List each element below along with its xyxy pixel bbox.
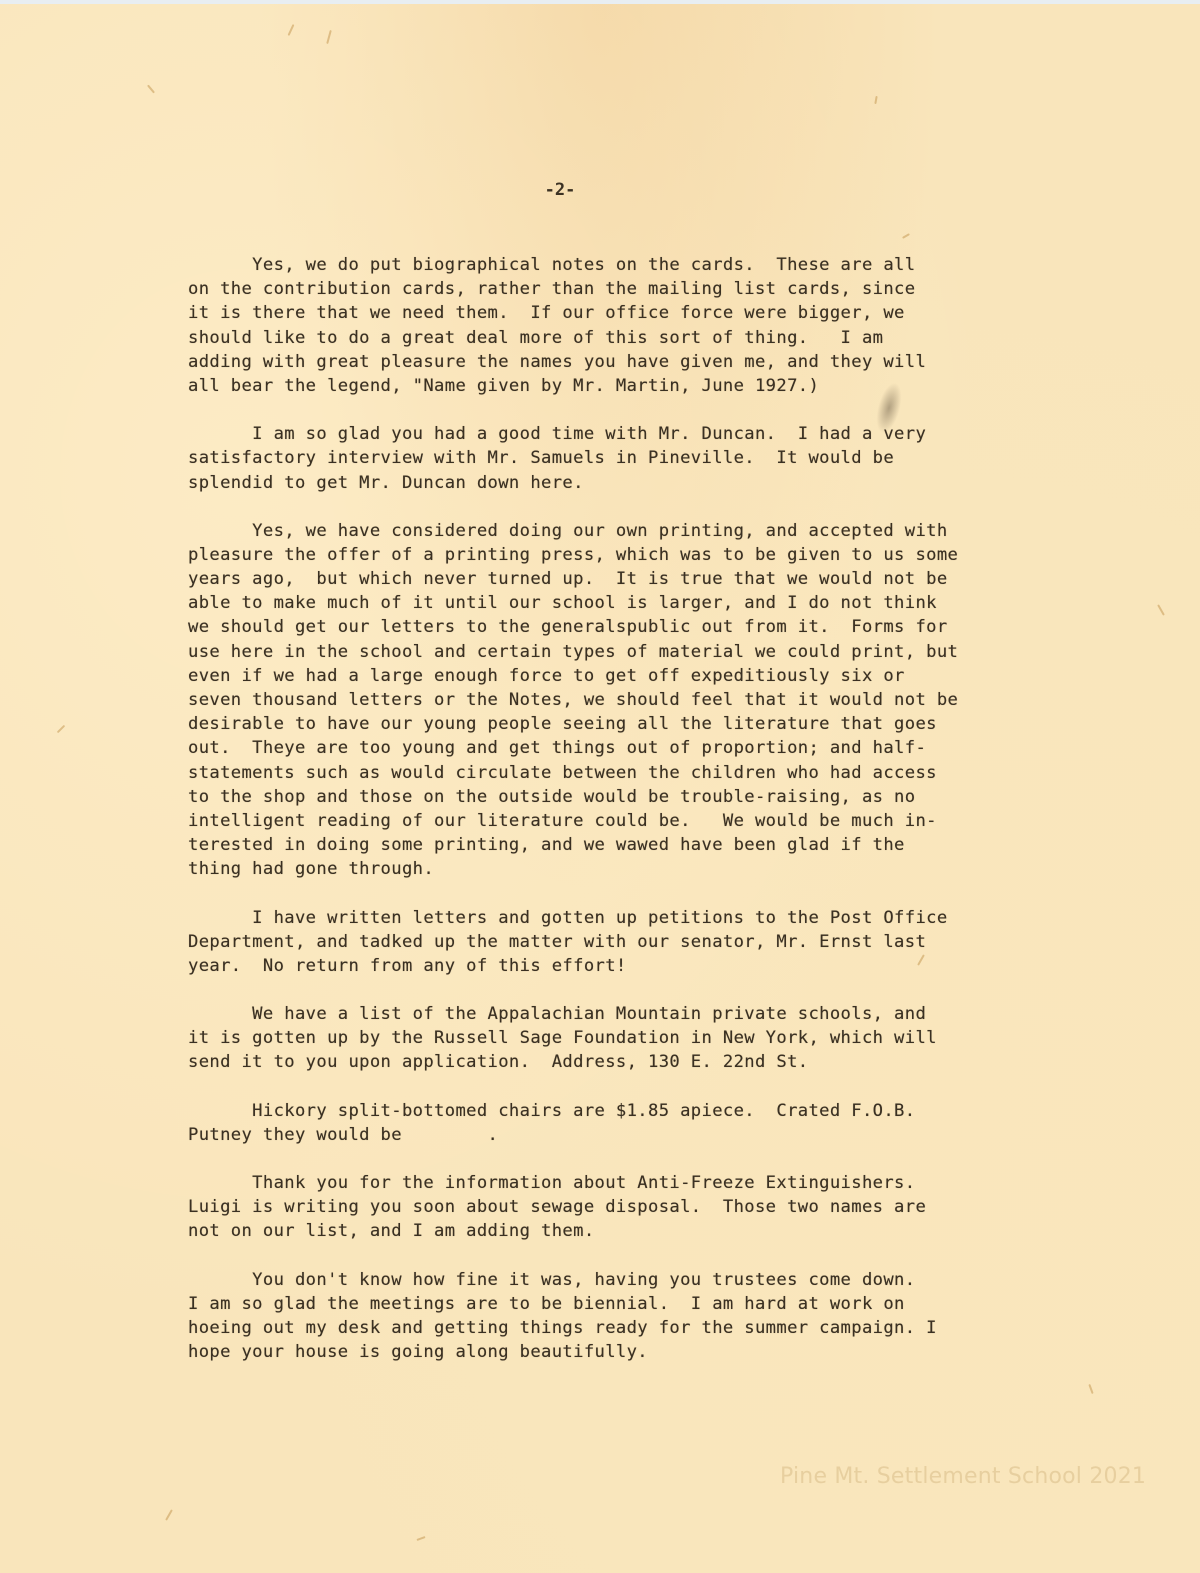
page-number: -2-	[0, 180, 1120, 200]
text-line: years ago, but which never turned up. It…	[188, 567, 1068, 591]
text-line: terested in doing some printing, and we …	[188, 833, 1068, 857]
paper-fiber	[902, 233, 910, 239]
text-line: desirable to have our young people seein…	[188, 712, 1068, 736]
text-line: out. Theye are too young and get things …	[188, 736, 1068, 760]
paper-fiber	[874, 96, 877, 104]
paper-fiber	[1088, 1384, 1093, 1394]
text-line: Yes, we do put biographical notes on the…	[188, 253, 1068, 277]
text-line: we should get our letters to the general…	[188, 615, 1068, 639]
text-line: to the shop and those on the outside wou…	[188, 785, 1068, 809]
paper-fiber	[57, 725, 65, 733]
text-line: send it to you upon application. Address…	[188, 1050, 1068, 1074]
text-line: I am so glad you had a good time with Mr…	[188, 422, 1068, 446]
text-line: hope your house is going along beautiful…	[188, 1340, 1068, 1364]
paragraph-chairs: Hickory split-bottomed chairs are $1.85 …	[188, 1099, 1068, 1147]
paper-fiber	[1157, 604, 1165, 615]
text-line: should like to do a great deal more of t…	[188, 326, 1068, 350]
text-line: You don't know how fine it was, having y…	[188, 1268, 1068, 1292]
text-line: hoeing out my desk and getting things re…	[188, 1316, 1068, 1340]
text-line: thing had gone through.	[188, 857, 1068, 881]
text-line: Hickory split-bottomed chairs are $1.85 …	[188, 1099, 1068, 1123]
text-line: use here in the school and certain types…	[188, 640, 1068, 664]
text-line: on the contribution cards, rather than t…	[188, 277, 1068, 301]
text-line: Luigi is writing you soon about sewage d…	[188, 1195, 1068, 1219]
paper-fiber	[288, 24, 295, 36]
paper-fiber	[326, 30, 332, 44]
paragraph-mr-duncan: I am so glad you had a good time with Mr…	[188, 422, 1068, 495]
text-line: We have a list of the Appalachian Mounta…	[188, 1002, 1068, 1026]
text-line: Yes, we have considered doing our own pr…	[188, 519, 1068, 543]
paragraph-school-list: We have a list of the Appalachian Mounta…	[188, 1002, 1068, 1075]
paragraph-trustees: You don't know how fine it was, having y…	[188, 1268, 1068, 1365]
text-line: I am so glad the meetings are to be bien…	[188, 1292, 1068, 1316]
text-line: even if we had a large enough force to g…	[188, 664, 1068, 688]
text-line: seven thousand letters or the Notes, we …	[188, 688, 1068, 712]
text-line: year. No return from any of this effort!	[188, 954, 1068, 978]
paragraph-printing: Yes, we have considered doing our own pr…	[188, 519, 1068, 882]
text-line: it is gotten up by the Russell Sage Foun…	[188, 1026, 1068, 1050]
text-line: statements such as would circulate betwe…	[188, 761, 1068, 785]
letter-body: Yes, we do put biographical notes on the…	[188, 253, 1068, 1388]
text-line: all bear the legend, "Name given by Mr. …	[188, 374, 1068, 398]
text-line: I have written letters and gotten up pet…	[188, 906, 1068, 930]
text-line: Department, and tadked up the matter wit…	[188, 930, 1068, 954]
text-line: intelligent reading of our literature co…	[188, 809, 1068, 833]
text-line: it is there that we need them. If our of…	[188, 301, 1068, 325]
paragraph-extinguishers: Thank you for the information about Anti…	[188, 1171, 1068, 1244]
paragraph-post-office: I have written letters and gotten up pet…	[188, 906, 1068, 979]
text-line: able to make much of it until our school…	[188, 591, 1068, 615]
text-line: satisfactory interview with Mr. Samuels …	[188, 446, 1068, 470]
paper-fiber	[165, 1509, 173, 1520]
watermark: Pine Mt. Settlement School 2021	[780, 1464, 1146, 1489]
paragraph-biographical-notes: Yes, we do put biographical notes on the…	[188, 253, 1068, 398]
paper-fiber	[147, 85, 155, 94]
text-line: Thank you for the information about Anti…	[188, 1171, 1068, 1195]
text-line: adding with great pleasure the names you…	[188, 350, 1068, 374]
paper-fiber	[416, 1536, 425, 1541]
text-line: not on our list, and I am adding them.	[188, 1219, 1068, 1243]
text-line: splendid to get Mr. Duncan down here.	[188, 471, 1068, 495]
text-line: Putney they would be .	[188, 1123, 1068, 1147]
text-line: pleasure the offer of a printing press, …	[188, 543, 1068, 567]
